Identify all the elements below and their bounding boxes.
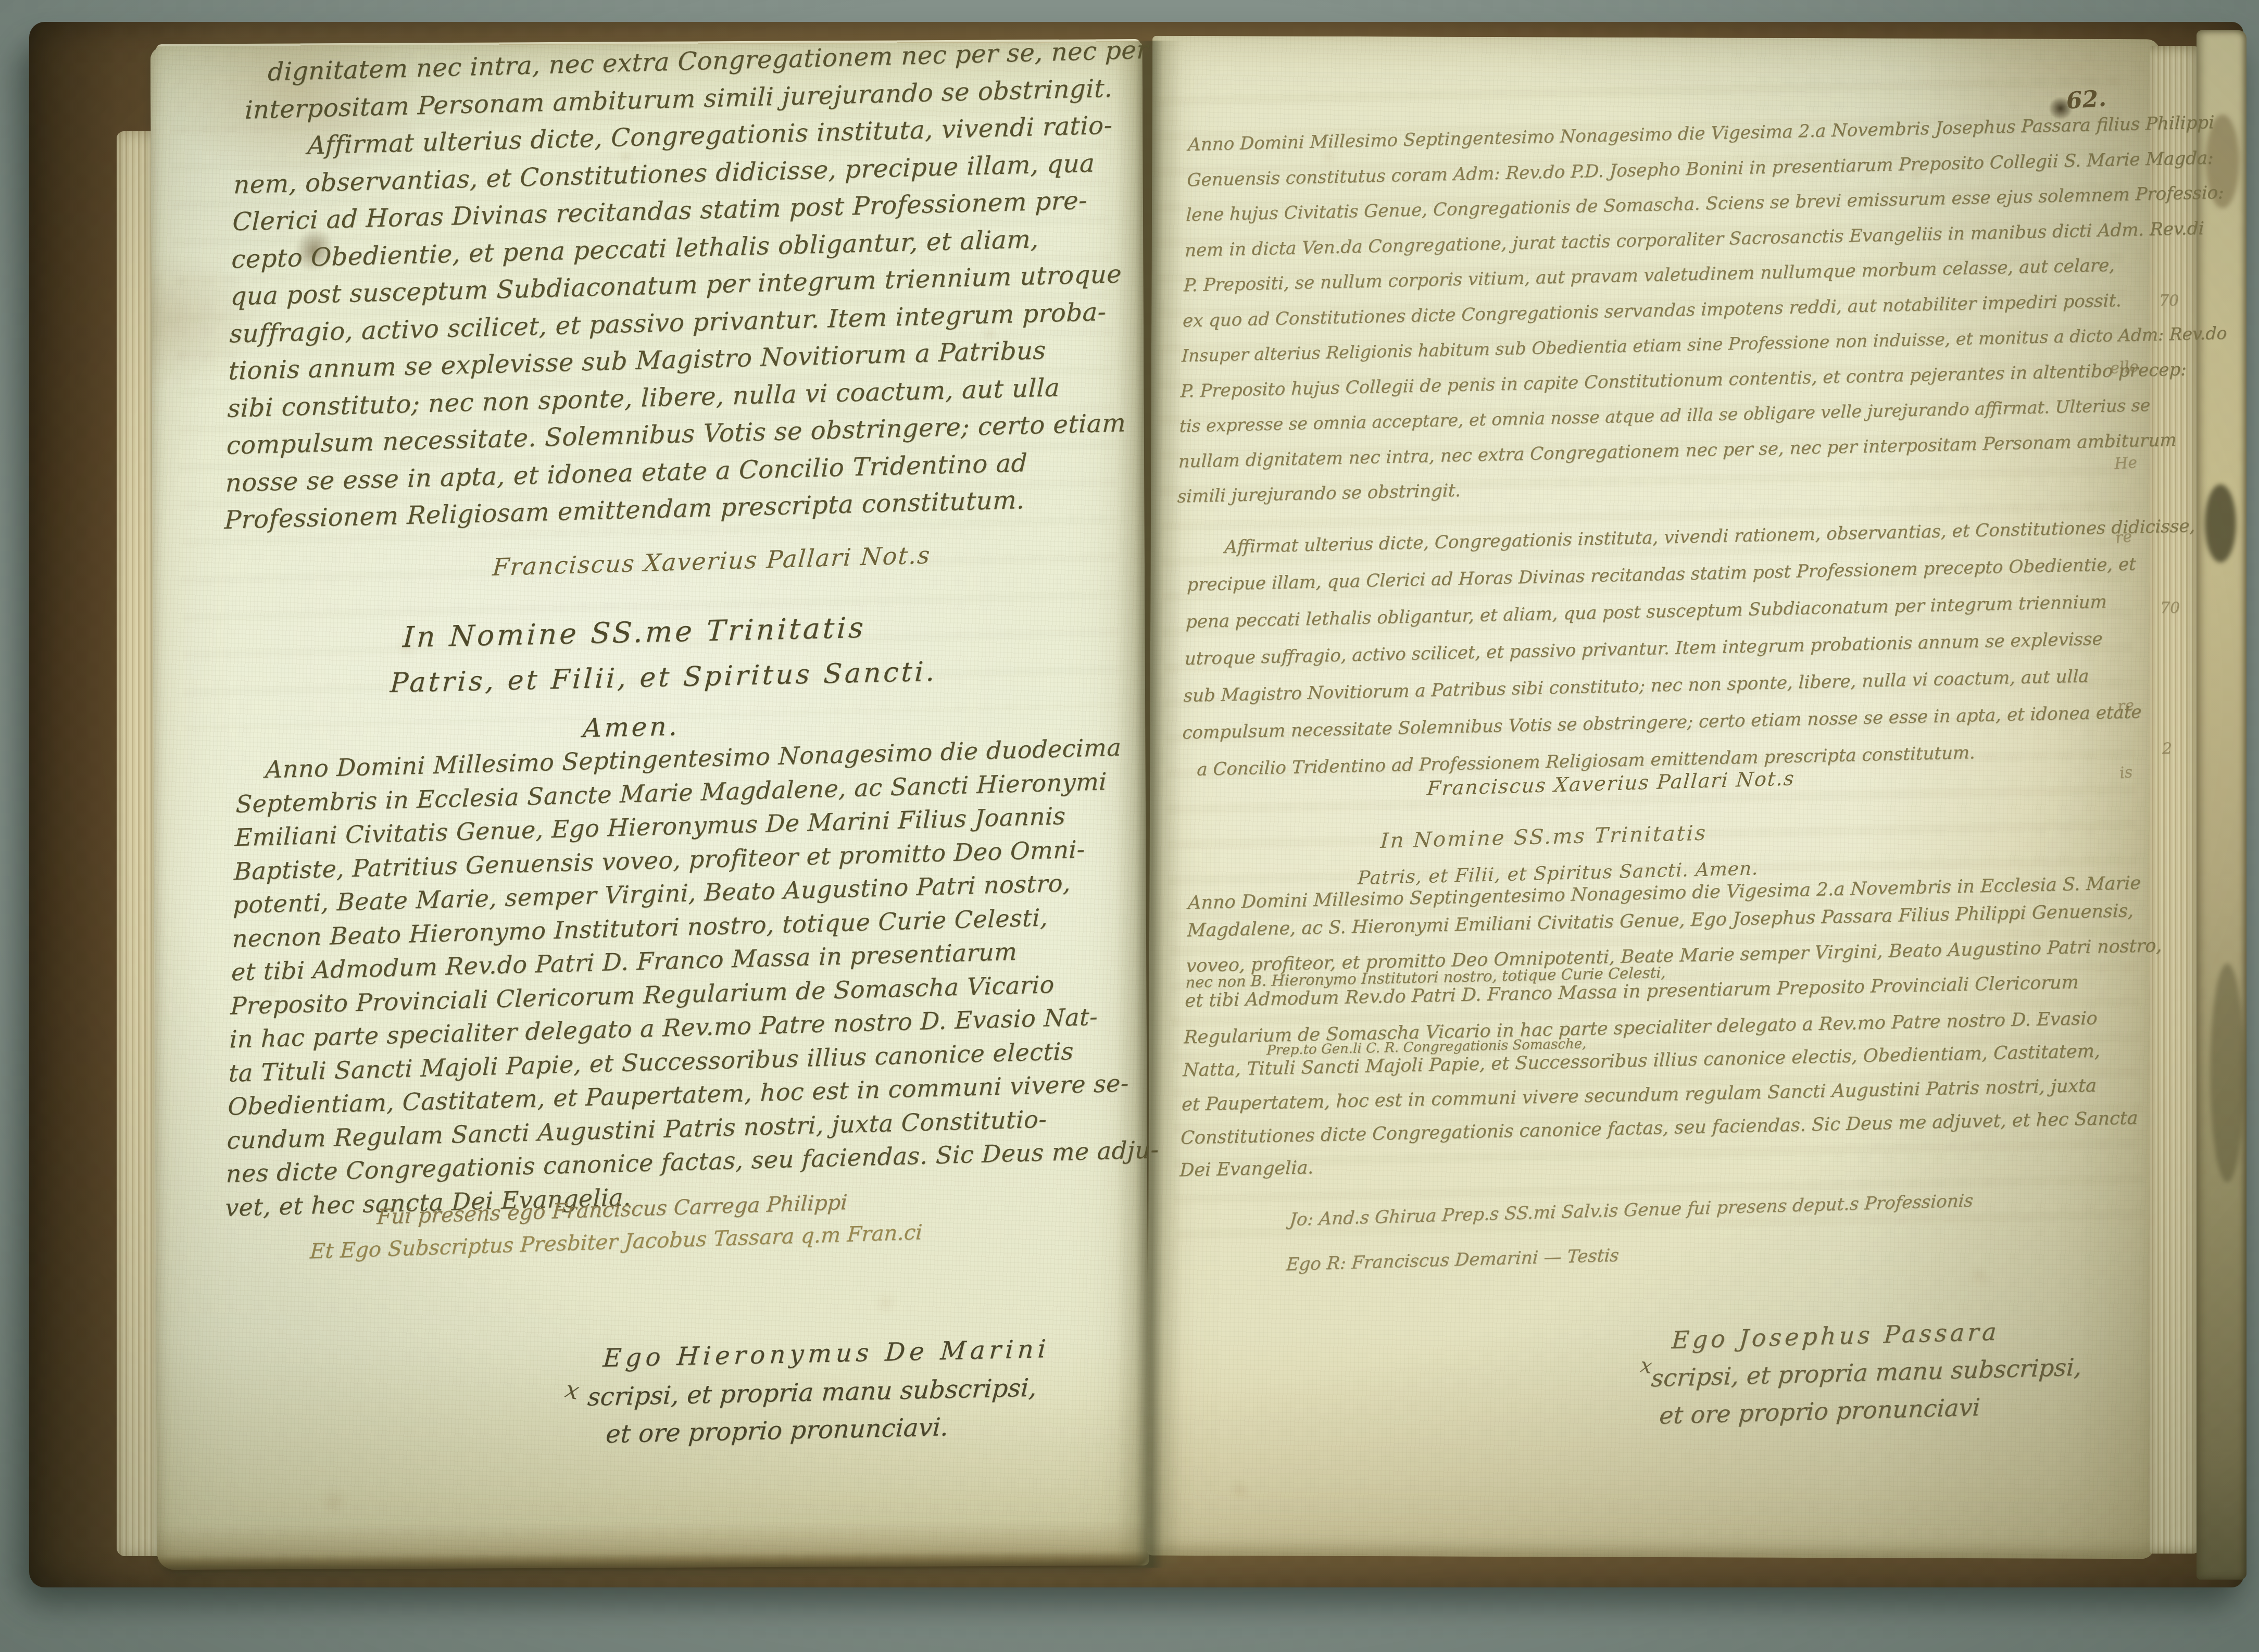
edge-fragment: 70: [2159, 292, 2179, 310]
edge-fragment: 2: [2162, 740, 2172, 758]
edge-fragment: ello: [2110, 357, 2139, 378]
page-number: 62.: [2065, 85, 2107, 114]
edge-fragment: re: [2114, 527, 2133, 547]
fore-edge-page-stack: [2150, 46, 2202, 1554]
edge-fragment: is: [2119, 763, 2133, 782]
edge-fragment: re: [2117, 696, 2135, 716]
manuscript-line: Dei Evangelia.: [1179, 1157, 1314, 1181]
damaged-page-edge: [2197, 30, 2247, 1580]
foxing-spots: [0, 0, 1, 1]
edge-stain: [2205, 484, 2236, 562]
manuscript-line: Amen.: [582, 711, 681, 743]
edge-fragment: 70: [2160, 599, 2180, 617]
edge-fragment: He: [2114, 454, 2138, 473]
edge-stain: [2210, 963, 2244, 1182]
